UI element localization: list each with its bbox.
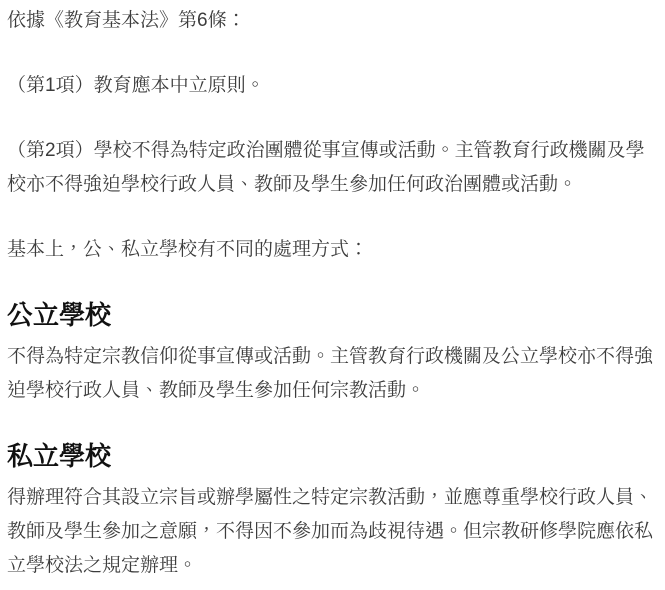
section-public-school: 公立學校 不得為特定宗教信仰從事宣傳或活動。主管教育行政機關及公立學校亦不得強迫…: [7, 298, 655, 408]
intro-paragraph: 依據《教育基本法》第6條：: [7, 4, 655, 38]
transition-paragraph: 基本上，公、私立學校有不同的處理方式：: [7, 233, 655, 267]
clause-2-paragraph: （第2項）學校不得為特定政治團體從事宣傳或活動。主管教育行政機關及學校亦不得強迫…: [7, 134, 655, 202]
article-body: 依據《教育基本法》第6條： （第1項）教育應本中立原則。 （第2項）學校不得為特…: [0, 0, 665, 583]
private-school-body: 得辦理符合其設立宗旨或辦學屬性之特定宗教活動，並應尊重學校行政人員、教師及學生參…: [7, 481, 655, 583]
clause-1-paragraph: （第1項）教育應本中立原則。: [7, 69, 655, 103]
public-school-body: 不得為特定宗教信仰從事宣傳或活動。主管教育行政機關及公立學校亦不得強迫學校行政人…: [7, 340, 655, 408]
section-private-school: 私立學校 得辦理符合其設立宗旨或辦學屬性之特定宗教活動，並應尊重學校行政人員、教…: [7, 439, 655, 583]
private-school-heading: 私立學校: [7, 439, 655, 473]
public-school-heading: 公立學校: [7, 298, 655, 332]
